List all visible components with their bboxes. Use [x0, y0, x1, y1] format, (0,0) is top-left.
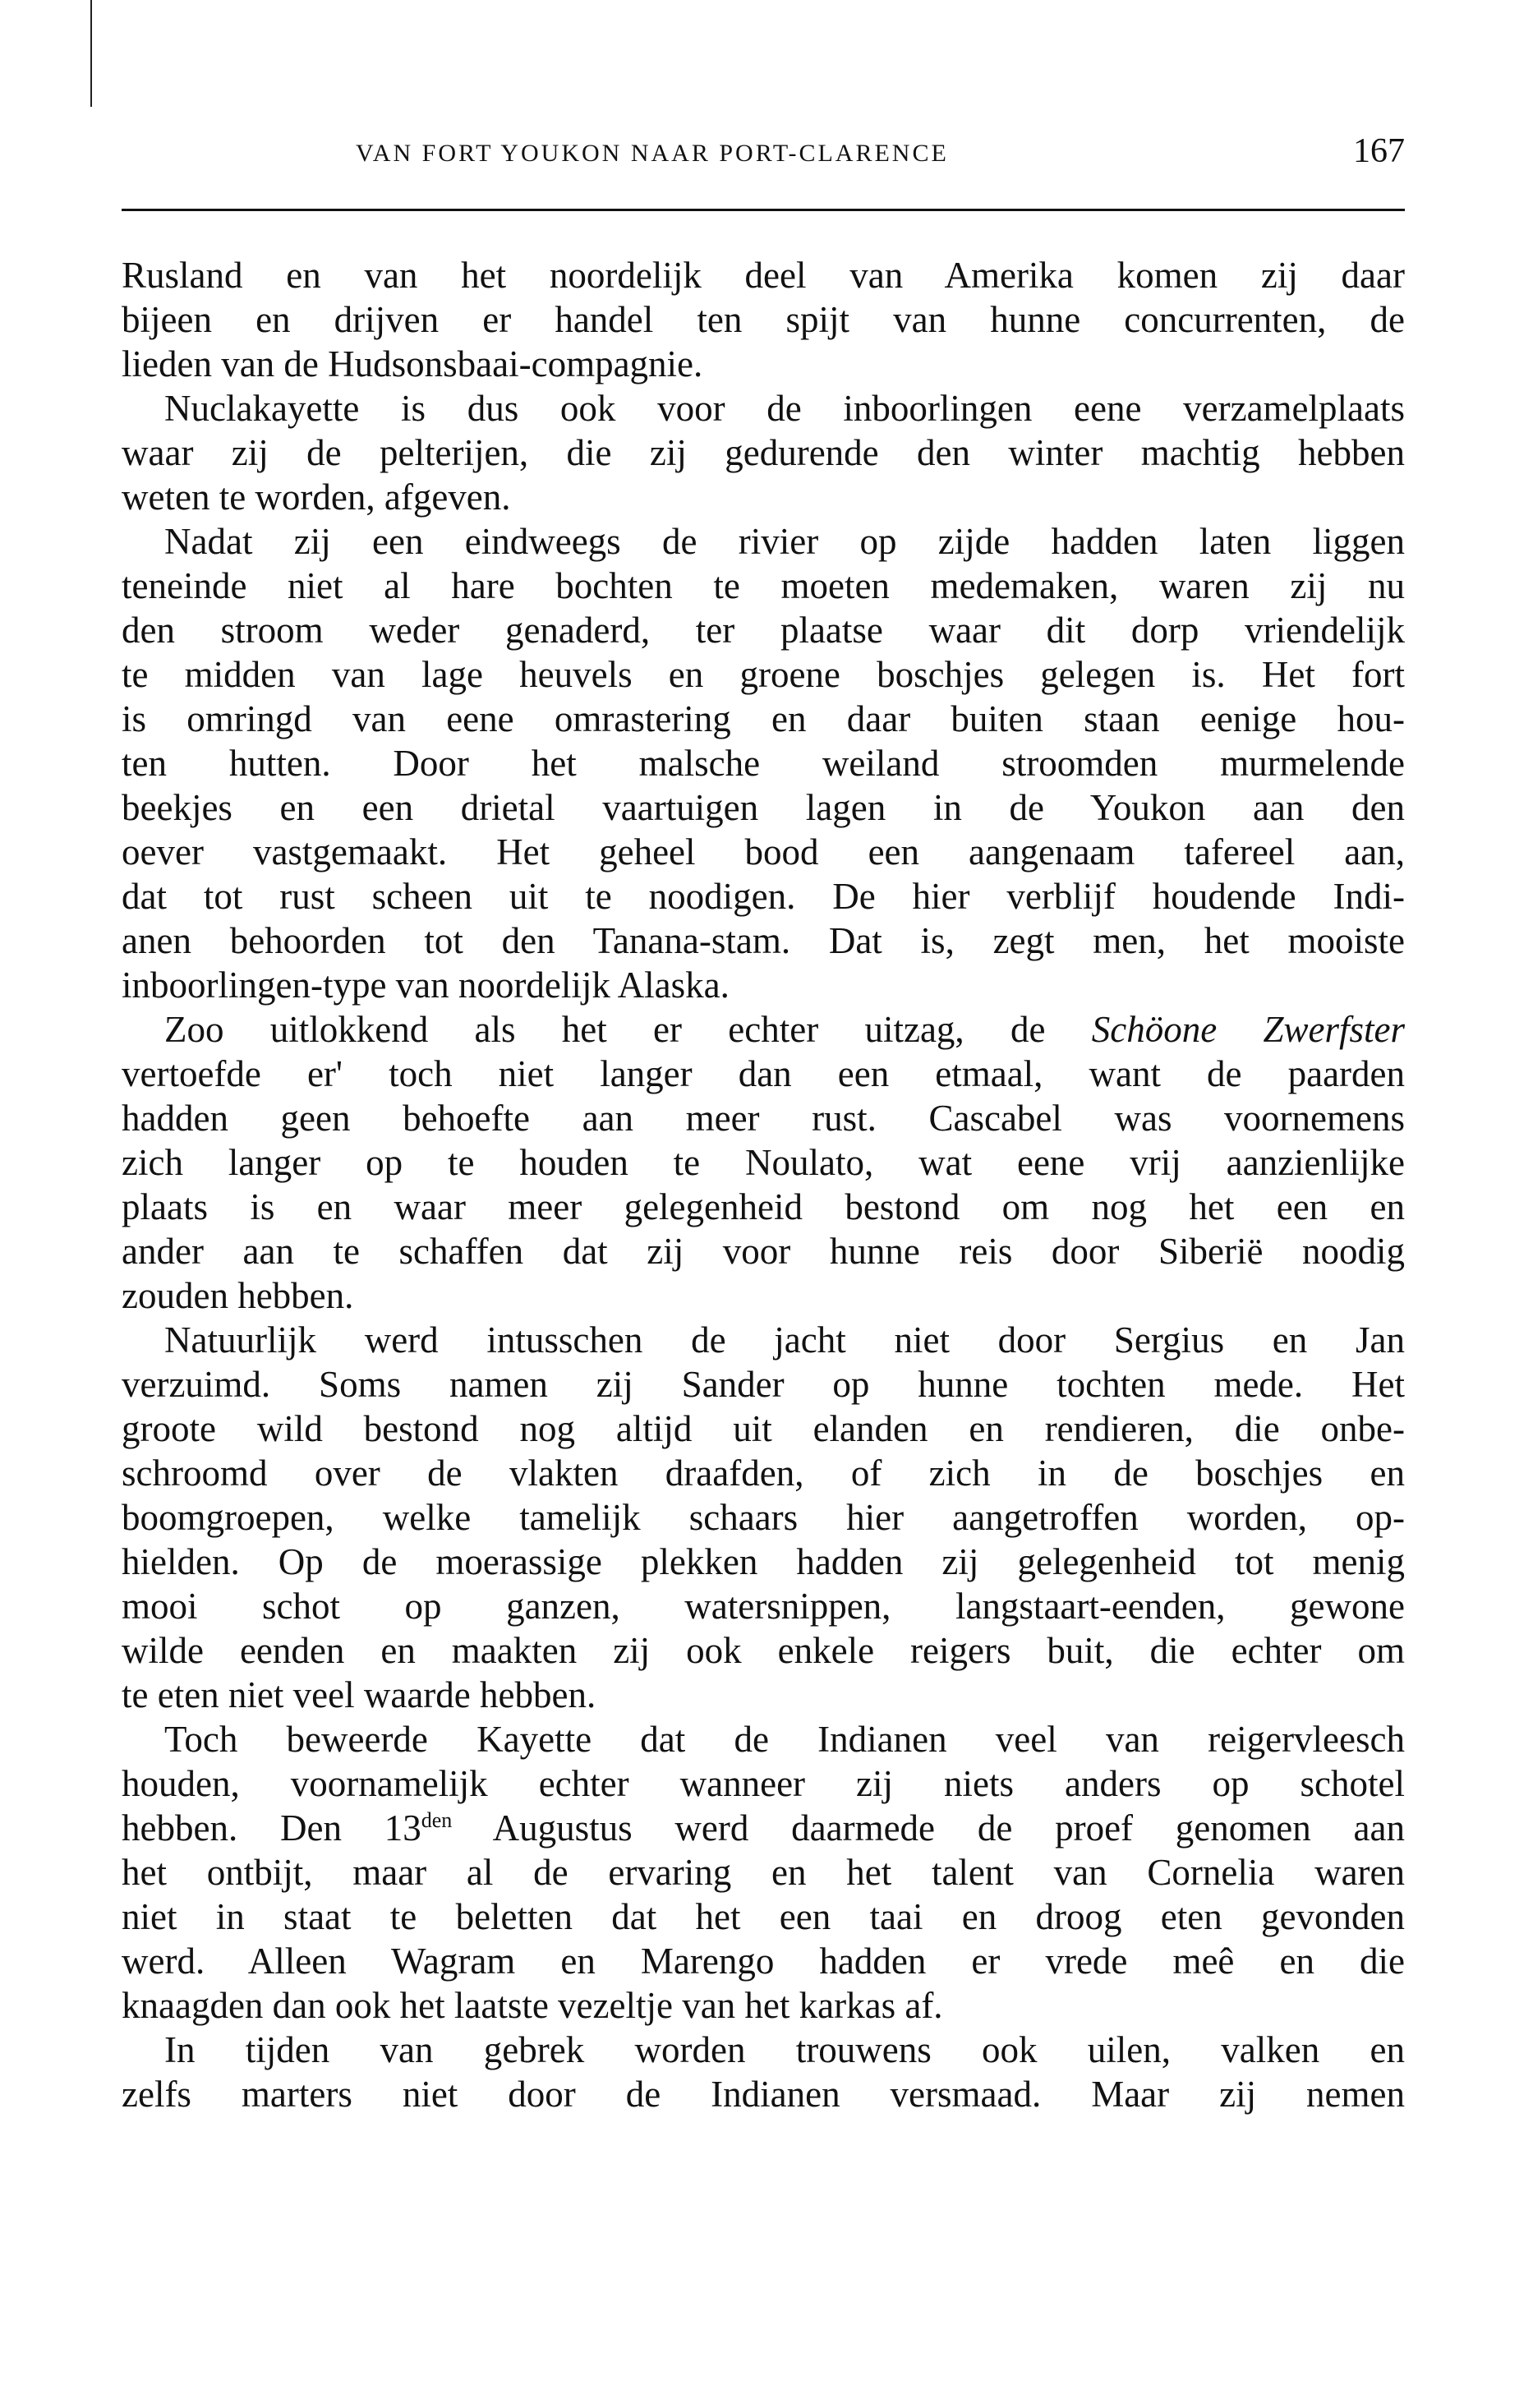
paragraph: Nuclakayette is dus ook voor de inboorli… — [122, 386, 1405, 519]
text-line: oever vastgemaakt. Het geheel bood een a… — [122, 830, 1405, 874]
text-line: vertoefde er' toch niet langer dan een e… — [122, 1052, 1405, 1096]
paragraph: Zoo uitlokkend als het er echter uitzag,… — [122, 1007, 1405, 1318]
running-head: VAN FORT YOUKON NAAR PORT-CLARENCE 167 — [122, 131, 1405, 181]
text-line: anen behoorden tot den Tanana-stam. Dat … — [122, 919, 1405, 963]
text-line: wilde eenden en maakten zij ook enkele r… — [122, 1628, 1405, 1673]
text-line: ten hutten. Door het malsche weiland str… — [122, 741, 1405, 785]
text-line: niet in staat te beletten dat het een ta… — [122, 1895, 1405, 1939]
text-line: Rusland en van het noordelijk deel van A… — [122, 253, 1405, 297]
header-rule — [122, 209, 1405, 211]
text-line: den stroom weder genaderd, ter plaatse w… — [122, 608, 1405, 652]
text-line: mooi schot op ganzen, watersnippen, lang… — [122, 1584, 1405, 1628]
text-line: Zoo uitlokkend als het er echter uitzag,… — [122, 1007, 1405, 1052]
running-title: VAN FORT YOUKON NAAR PORT-CLARENCE — [356, 140, 949, 168]
text-line: In tijden van gebrek worden trouwens ook… — [122, 2028, 1405, 2072]
text-run: Augustus werd daarmede de proef genomen … — [452, 1807, 1405, 1849]
text-line: ander aan te schaffen dat zij voor hunne… — [122, 1229, 1405, 1273]
text-line: waar zij de pelterijen, die zij gedurend… — [122, 430, 1405, 475]
text-line: knaagden dan ook het laatste vezeltje va… — [122, 1983, 1405, 2028]
text-line: houden, voornamelijk echter wanneer zij … — [122, 1761, 1405, 1806]
text-line: Nadat zij een eindweegs de rivier op zij… — [122, 519, 1405, 564]
ship-name-italic: Schöone Zwerfster — [1092, 1009, 1405, 1050]
text-line: boomgroepen, welke tamelijk schaars hier… — [122, 1495, 1405, 1540]
text-line: te eten niet veel waarde hebben. — [122, 1673, 1405, 1717]
text-line: is omringd van eene omrastering en daar … — [122, 697, 1405, 741]
text-line: zelfs marters niet door de Indianen vers… — [122, 2072, 1405, 2116]
body-text: Rusland en van het noordelijk deel van A… — [122, 253, 1405, 2116]
text-line: plaats is en waar meer gelegenheid besto… — [122, 1185, 1405, 1229]
text-line: Nuclakayette is dus ook voor de inboorli… — [122, 386, 1405, 430]
text-line: hielden. Op de moerassige plekken hadden… — [122, 1540, 1405, 1584]
text-line: zich langer op te houden te Noulato, wat… — [122, 1140, 1405, 1185]
scan-artifact-line — [90, 0, 92, 107]
text-line: bijeen en drijven er handel ten spijt va… — [122, 297, 1405, 342]
paragraph: Nadat zij een eindweegs de rivier op zij… — [122, 519, 1405, 1007]
text-line: verzuimd. Soms namen zij Sander op hunne… — [122, 1362, 1405, 1407]
text-line: beekjes en een drietal vaartuigen lagen … — [122, 785, 1405, 830]
paragraph: Natuurlijk werd intusschen de jacht niet… — [122, 1318, 1405, 1717]
text-run: hebben. Den 13 — [122, 1807, 421, 1849]
paragraph: In tijden van gebrek worden trouwens ook… — [122, 2028, 1405, 2116]
text-line: weten te worden, afgeven. — [122, 475, 1405, 519]
paragraph: Rusland en van het noordelijk deel van A… — [122, 253, 1405, 386]
text-line: inboorlingen-type van noordelijk Alaska. — [122, 963, 1405, 1007]
text-line: Natuurlijk werd intusschen de jacht niet… — [122, 1318, 1405, 1362]
text-run: Zoo uitlokkend als het er echter uitzag,… — [164, 1009, 1092, 1050]
text-line: lieden van de Hudsonsbaai-compagnie. — [122, 342, 1405, 386]
page-number: 167 — [1353, 131, 1405, 171]
text-line: Toch beweerde Kayette dat de Indianen ve… — [122, 1717, 1405, 1761]
text-line: dat tot rust scheen uit te noodigen. De … — [122, 874, 1405, 919]
text-line: werd. Alleen Wagram en Marengo hadden er… — [122, 1939, 1405, 1983]
text-line: het ontbijt, maar al de ervaring en het … — [122, 1850, 1405, 1895]
text-line: zouden hebben. — [122, 1273, 1405, 1318]
text-line: groote wild bestond nog altijd uit eland… — [122, 1407, 1405, 1451]
text-line: schroomd over de vlakten draafden, of zi… — [122, 1451, 1405, 1495]
text-line: te midden van lage heuvels en groene bos… — [122, 652, 1405, 697]
paragraph: Toch beweerde Kayette dat de Indianen ve… — [122, 1717, 1405, 2028]
date-superscript: den — [421, 1808, 453, 1832]
text-line: hadden geen behoefte aan meer rust. Casc… — [122, 1096, 1405, 1140]
text-line: teneinde niet al hare bochten te moeten … — [122, 564, 1405, 608]
text-line: hebben. Den 13den Augustus werd daarmede… — [122, 1806, 1405, 1850]
